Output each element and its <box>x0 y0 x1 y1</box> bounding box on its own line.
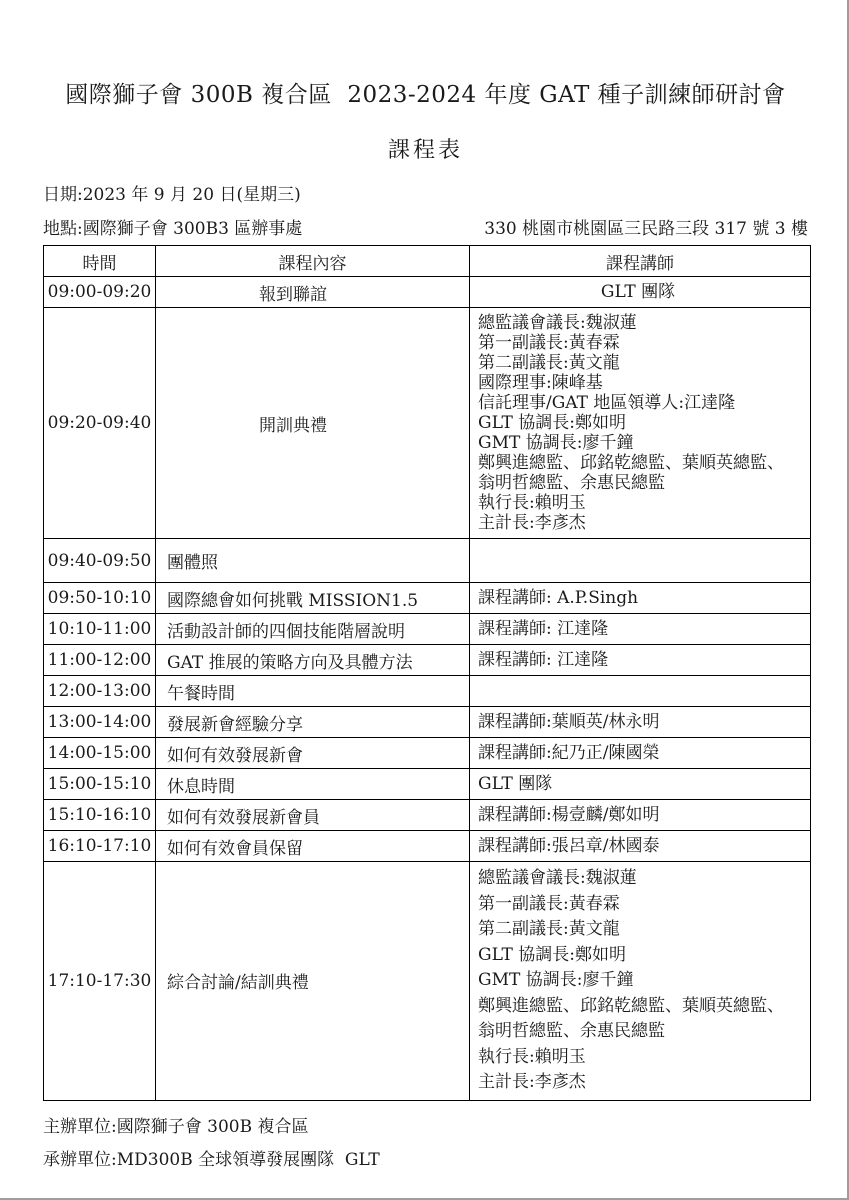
time-cell: 16:10-17:10 <box>44 831 156 862</box>
content-cell: 開訓典禮 <box>156 308 470 539</box>
instructor-line: 執行長:賴明玉 <box>478 493 806 513</box>
content-cell: 如何有效會員保留 <box>156 831 470 862</box>
col-header-instructor: 課程講師 <box>470 246 811 277</box>
content-cell: 國際總會如何挑戰 MISSION1.5 <box>156 583 470 614</box>
content-cell: 發展新會經驗分享 <box>156 707 470 738</box>
time-cell: 09:40-09:50 <box>44 539 156 583</box>
time-cell: 12:00-13:00 <box>44 676 156 707</box>
location-row: 地點:國際獅子會 300B3 區辦事處 330 桃園市桃園區三民路三段 317 … <box>43 214 808 239</box>
table-row: 10:10-11:00 活動設計師的四個技能階層說明 課程講師: 江達隆 <box>44 614 811 645</box>
instructor-line: 課程講師:楊壹麟/鄭如明 <box>478 805 806 826</box>
instructor-cell: 課程講師:楊壹麟/鄭如明 <box>470 800 811 831</box>
table-row: 15:00-15:10 休息時間 GLT 團隊 <box>44 769 811 800</box>
table-row: 16:10-17:10 如何有效會員保留 課程講師:張呂章/林國泰 <box>44 831 811 862</box>
instructor-line: 鄭興進總監、邱銘乾總監、葉順英總監、 <box>478 994 806 1020</box>
col-header-content: 課程內容 <box>156 246 470 277</box>
instructor-line: 翁明哲總監、余惠民總監 <box>478 473 806 493</box>
instructor-cell: 課程講師: 江達隆 <box>470 645 811 676</box>
instructor-line: 主計長:李彥杰 <box>478 1070 806 1096</box>
instructor-line: 課程講師: 江達隆 <box>478 650 806 671</box>
location-line: 地點:國際獅子會 300B3 區辦事處 <box>43 214 302 239</box>
instructor-cell: GLT 團隊 <box>470 277 811 308</box>
instructor-line: GLT 協調長:鄭如明 <box>478 413 806 433</box>
instructor-line: 執行長:賴明玉 <box>478 1045 806 1071</box>
instructor-line: 第一副議長:黃春霖 <box>478 333 806 353</box>
content-cell: 報到聯誼 <box>156 277 470 308</box>
instructor-cell <box>470 676 811 707</box>
instructor-cell: 課程講師: A.P.Singh <box>470 583 811 614</box>
date-line: 日期:2023 年 9 月 20 日(星期三) <box>43 180 808 205</box>
table-row: 09:20-09:40 開訓典禮 總監議會議長:魏淑蓮第一副議長:黃春霖第二副議… <box>44 308 811 539</box>
instructor-cell: 課程講師:紀乃正/陳國榮 <box>470 738 811 769</box>
instructor-line: GLT 協調長:鄭如明 <box>478 943 806 969</box>
schedule-table: 時間 課程內容 課程講師 09:00-09:20 報到聯誼 GLT 團隊 09:… <box>43 245 811 1101</box>
document-title: 國際獅子會 300B 複合區 2023-2024 年度 GAT 種子訓練師研討會 <box>43 76 808 109</box>
content-cell: 團體照 <box>156 539 470 583</box>
instructor-cell <box>470 539 811 583</box>
instructor-line: 第一副議長:黃春霖 <box>478 892 806 918</box>
instructor-cell: GLT 團隊 <box>470 769 811 800</box>
instructor-line: 總監議會議長:魏淑蓮 <box>478 313 806 333</box>
table-row: 17:10-17:30 綜合討論/結訓典禮 總監議會議長:魏淑蓮第一副議長:黃春… <box>44 862 811 1101</box>
instructor-line: 翁明哲總監、余惠民總監 <box>478 1019 806 1045</box>
time-cell: 09:00-09:20 <box>44 277 156 308</box>
instructor-line: 信託理事/GAT 地區領導人:江達隆 <box>478 393 806 413</box>
time-cell: 11:00-12:00 <box>44 645 156 676</box>
table-row: 14:00-15:00 如何有效發展新會 課程講師:紀乃正/陳國榮 <box>44 738 811 769</box>
content-cell: 活動設計師的四個技能階層說明 <box>156 614 470 645</box>
co-organizer-line: 承辦單位:MD300B 全球領導發展團隊 GLT <box>43 1145 808 1170</box>
schedule-table-head: 時間 課程內容 課程講師 <box>44 246 811 277</box>
document-content: 國際獅子會 300B 複合區 2023-2024 年度 GAT 種子訓練師研討會… <box>0 76 847 1170</box>
document-subtitle: 課程表 <box>43 133 808 164</box>
address-line: 330 桃園市桃園區三民路三段 317 號 3 樓 <box>484 214 808 239</box>
time-cell: 17:10-17:30 <box>44 862 156 1101</box>
instructor-line: 第二副議長:黃文龍 <box>478 353 806 373</box>
content-cell: 如何有效發展新會員 <box>156 800 470 831</box>
time-cell: 13:00-14:00 <box>44 707 156 738</box>
time-cell: 15:00-15:10 <box>44 769 156 800</box>
instructor-cell: 課程講師: 江達隆 <box>470 614 811 645</box>
organizer-line: 主辦單位:國際獅子會 300B 複合區 <box>43 1112 808 1137</box>
instructor-cell: 課程講師:張呂章/林國泰 <box>470 831 811 862</box>
instructor-line: 總監議會議長:魏淑蓮 <box>478 866 806 892</box>
time-cell: 10:10-11:00 <box>44 614 156 645</box>
content-cell: 午餐時間 <box>156 676 470 707</box>
content-cell: 綜合討論/結訓典禮 <box>156 862 470 1101</box>
instructor-cell: 總監議會議長:魏淑蓮第一副議長:黃春霖第二副議長:黃文龍國際理事:陳峰基信託理事… <box>470 308 811 539</box>
instructor-line: 課程講師: A.P.Singh <box>478 588 806 609</box>
time-cell: 09:50-10:10 <box>44 583 156 614</box>
schedule-table-body: 09:00-09:20 報到聯誼 GLT 團隊 09:20-09:40 開訓典禮… <box>44 277 811 1101</box>
table-row: 09:00-09:20 報到聯誼 GLT 團隊 <box>44 277 811 308</box>
time-cell: 14:00-15:00 <box>44 738 156 769</box>
time-cell: 09:20-09:40 <box>44 308 156 539</box>
instructor-line: 第二副議長:黃文龍 <box>478 917 806 943</box>
instructor-line: 課程講師:張呂章/林國泰 <box>478 836 806 857</box>
col-header-time: 時間 <box>44 246 156 277</box>
table-row: 15:10-16:10 如何有效發展新會員 課程講師:楊壹麟/鄭如明 <box>44 800 811 831</box>
instructor-line: GLT 團隊 <box>478 774 806 795</box>
table-row: 09:50-10:10 國際總會如何挑戰 MISSION1.5 課程講師: A.… <box>44 583 811 614</box>
instructor-cell: 總監議會議長:魏淑蓮第一副議長:黃春霖第二副議長:黃文龍GLT 協調長:鄭如明G… <box>470 862 811 1101</box>
table-row: 13:00-14:00 發展新會經驗分享 課程講師:葉順英/林永明 <box>44 707 811 738</box>
document-page: 國際獅子會 300B 複合區 2023-2024 年度 GAT 種子訓練師研討會… <box>0 0 849 1200</box>
instructor-line: GLT 團隊 <box>470 282 806 303</box>
content-cell: GAT 推展的策略方向及具體方法 <box>156 645 470 676</box>
instructor-line: 鄭興進總監、邱銘乾總監、葉順英總監、 <box>478 453 806 473</box>
content-cell: 休息時間 <box>156 769 470 800</box>
instructor-cell: 課程講師:葉順英/林永明 <box>470 707 811 738</box>
header-row: 時間 課程內容 課程講師 <box>44 246 811 277</box>
table-row: 09:40-09:50 團體照 <box>44 539 811 583</box>
instructor-line: 國際理事:陳峰基 <box>478 373 806 393</box>
time-cell: 15:10-16:10 <box>44 800 156 831</box>
instructor-line: 課程講師:葉順英/林永明 <box>478 712 806 733</box>
instructor-line: 主計長:李彥杰 <box>478 513 806 533</box>
instructor-line: GMT 協調長:廖千鐘 <box>478 968 806 994</box>
table-row: 12:00-13:00 午餐時間 <box>44 676 811 707</box>
instructor-line: GMT 協調長:廖千鐘 <box>478 433 806 453</box>
instructor-line: 課程講師: 江達隆 <box>478 619 806 640</box>
table-row: 11:00-12:00 GAT 推展的策略方向及具體方法 課程講師: 江達隆 <box>44 645 811 676</box>
instructor-line: 課程講師:紀乃正/陳國榮 <box>478 743 806 764</box>
content-cell: 如何有效發展新會 <box>156 738 470 769</box>
